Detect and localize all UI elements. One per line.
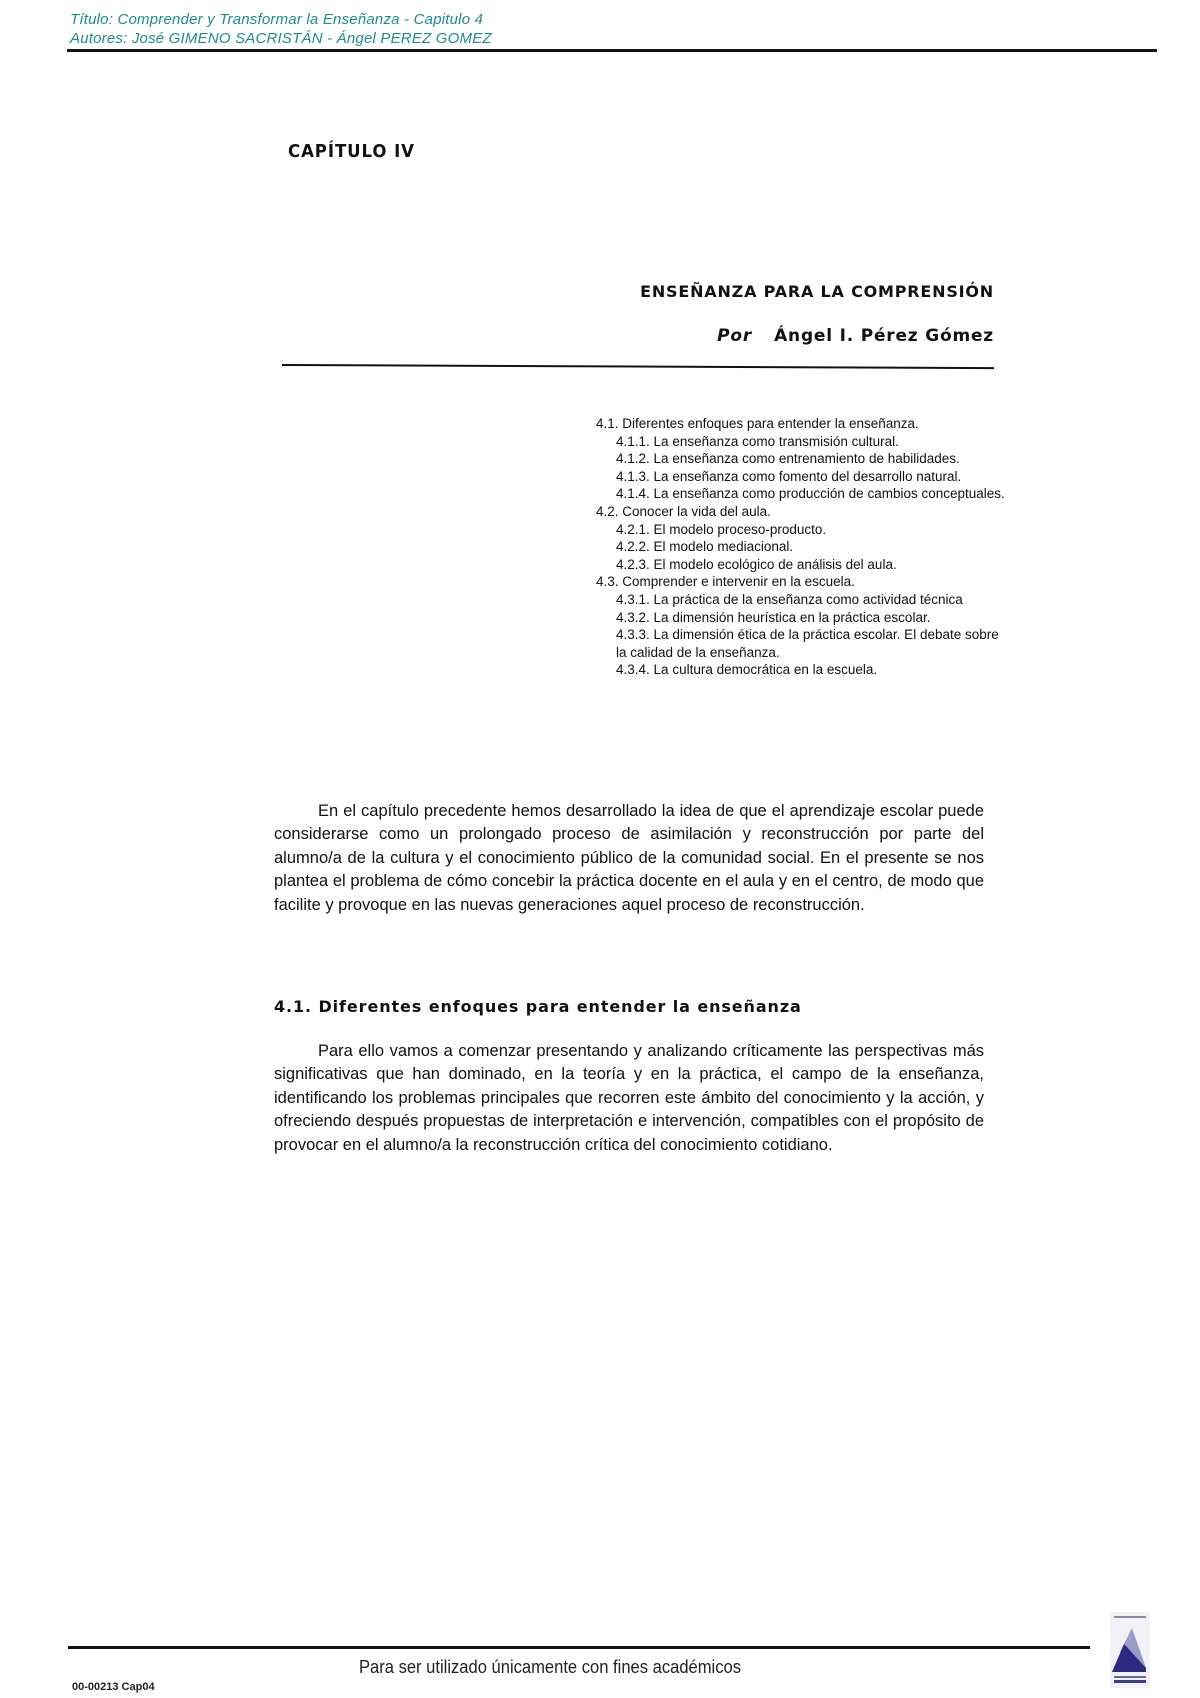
header-authors: Autores: José GIMENO SACRISTÁN - Ángel P… [70, 29, 492, 48]
section-paragraph: Para ello vamos a comenzar presentando y… [274, 1040, 984, 1157]
mountain-logo-icon [1110, 1612, 1150, 1688]
institution-logo [1110, 1612, 1150, 1688]
toc-item: 4.2.1. El modelo proceso-producto. [596, 521, 1006, 539]
toc-item: 4.1. Diferentes enfoques para entender l… [596, 415, 1006, 433]
title-rule [282, 364, 994, 369]
by-label: Por [717, 326, 752, 346]
section-heading: 4.1. Diferentes enfoques para entender l… [274, 997, 802, 1016]
footer-notice: Para ser utilizado únicamente con fines … [44, 1657, 1056, 1678]
chapter-author-line: PorÁngel I. Pérez Gómez [717, 326, 994, 346]
author-name: Ángel I. Pérez Gómez [774, 326, 994, 346]
toc-item: 4.3.1. La práctica de la enseñanza como … [596, 591, 1006, 609]
toc-item: 4.2. Conocer la vida del aula. [596, 503, 1006, 521]
toc-item: 4.2.2. El modelo mediacional. [596, 538, 1006, 556]
toc-item: 4.3. Comprender e intervenir en la escue… [596, 573, 1006, 591]
toc-item: 4.1.3. La enseñanza como fomento del des… [596, 468, 1006, 486]
document-header: Título: Comprender y Transformar la Ense… [70, 10, 492, 48]
toc-item: 4.1.1. La enseñanza como transmisión cul… [596, 433, 1006, 451]
toc-item: 4.1.4. La enseñanza como producción de c… [596, 485, 1006, 503]
footer-rule [68, 1646, 1090, 1649]
toc-item: 4.3.4. La cultura democrática en la escu… [596, 661, 1006, 679]
toc-item: 4.1.2. La enseñanza como entrenamiento d… [596, 450, 1006, 468]
toc-item: 4.3.3. La dimensión ética de la práctica… [596, 626, 1006, 661]
toc-item: 4.3.2. La dimensión heurística en la prá… [596, 609, 1006, 627]
header-rule [67, 49, 1157, 52]
table-of-contents: 4.1. Diferentes enfoques para entender l… [596, 415, 1006, 679]
intro-paragraph: En el capítulo precedente hemos desarrol… [274, 800, 984, 917]
document-code: 00-00213 Cap04 [72, 1681, 155, 1693]
toc-item: 4.2.3. El modelo ecológico de análisis d… [596, 556, 1006, 574]
header-title: Título: Comprender y Transformar la Ense… [70, 10, 492, 29]
chapter-label: CAPÍTULO IV [288, 141, 415, 162]
chapter-title: ENSEÑANZA PARA LA COMPRENSIÓN [640, 282, 994, 301]
